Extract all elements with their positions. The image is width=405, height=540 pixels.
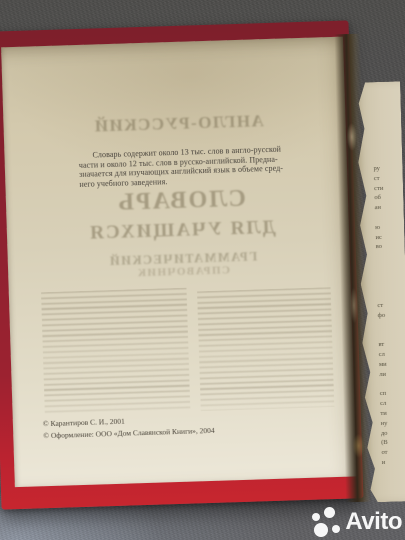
right-page-text-fragments: рустстиобан юисво стфо втслмили спслтину… (373, 163, 405, 467)
text-fragment-line: от (381, 447, 405, 458)
avito-watermark: Avito (312, 506, 402, 538)
text-fragment-line: (В (381, 438, 405, 449)
left-page: АНГЛО-РУССКИЙ Словарь содержит около 13 … (1, 37, 357, 488)
book-photo-scene: АНГЛО-РУССКИЙ Словарь содержит около 13 … (0, 0, 405, 540)
copyright-block: © Карантиров С. И., 2001© Оформление: ОО… (43, 413, 215, 442)
ghost-title-line: ДЛЯ УЧАЩИХСЯ (37, 215, 328, 246)
ghost-text-column (197, 287, 335, 411)
ghost-text-columns (9, 282, 355, 417)
avito-brand-text: Avito (345, 506, 402, 538)
text-fragment-line: до (381, 428, 405, 439)
red-book-cover: АНГЛО-РУССКИЙ Словарь содержит около 13 … (0, 20, 363, 509)
annotation-paragraph: Словарь содержит около 13 тыс. слов в ан… (78, 144, 303, 189)
text-fragment-line: и (382, 457, 405, 468)
ghost-text-column (41, 288, 191, 417)
text-fragment-line: ну (381, 418, 405, 429)
avito-logo-icon (312, 506, 342, 538)
ghost-title-line: АНГЛО-РУССКИЙ (33, 109, 323, 138)
